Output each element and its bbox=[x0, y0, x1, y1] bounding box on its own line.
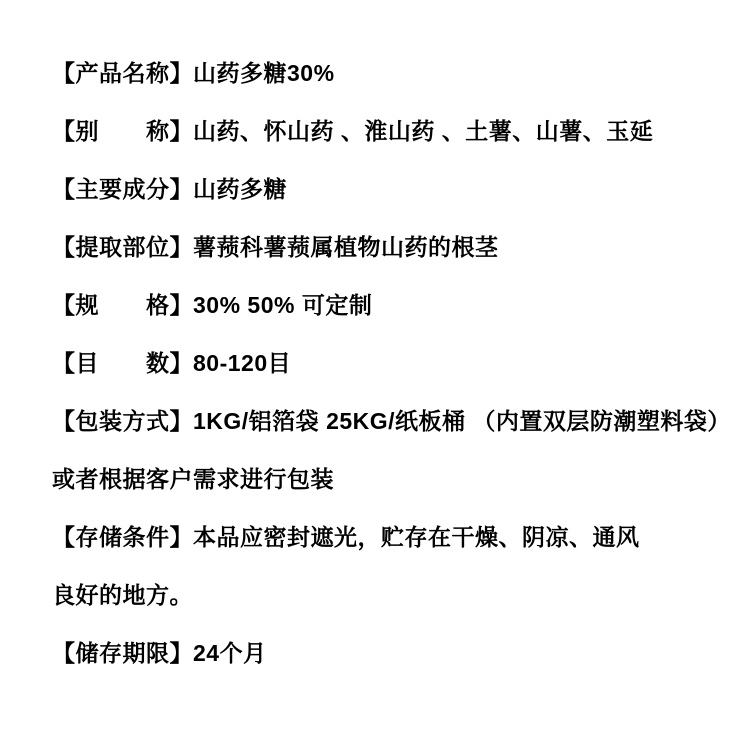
line-mesh-size: 【目 数】80-120目 bbox=[52, 334, 720, 392]
line-packaging-1: 【包装方式】1KG/铝箔袋 25KG/纸板桶 （内置双层防潮塑料袋） bbox=[52, 392, 720, 450]
line-product-name: 【产品名称】山药多糖30% bbox=[52, 44, 720, 102]
line-aliases: 【别 称】山药、怀山药 、淮山药 、土薯、山薯、玉延 bbox=[52, 102, 720, 160]
line-storage-conditions-1: 【存储条件】本品应密封遮光，贮存在干燥、阴凉、通风 bbox=[52, 508, 720, 566]
line-storage-conditions-2: 良好的地方。 bbox=[52, 566, 720, 624]
product-description-page: 【产品名称】山药多糖30% 【别 称】山药、怀山药 、淮山药 、土薯、山薯、玉延… bbox=[0, 0, 750, 750]
line-main-ingredient: 【主要成分】山药多糖 bbox=[52, 160, 720, 218]
product-spec-document: 【产品名称】山药多糖30% 【别 称】山药、怀山药 、淮山药 、土薯、山薯、玉延… bbox=[52, 44, 720, 682]
line-shelf-life: 【储存期限】24个月 bbox=[52, 624, 720, 682]
line-specification: 【规 格】30% 50% 可定制 bbox=[52, 276, 720, 334]
line-packaging-2: 或者根据客户需求进行包装 bbox=[52, 450, 720, 508]
line-extraction-part: 【提取部位】薯蓣科薯蓣属植物山药的根茎 bbox=[52, 218, 720, 276]
